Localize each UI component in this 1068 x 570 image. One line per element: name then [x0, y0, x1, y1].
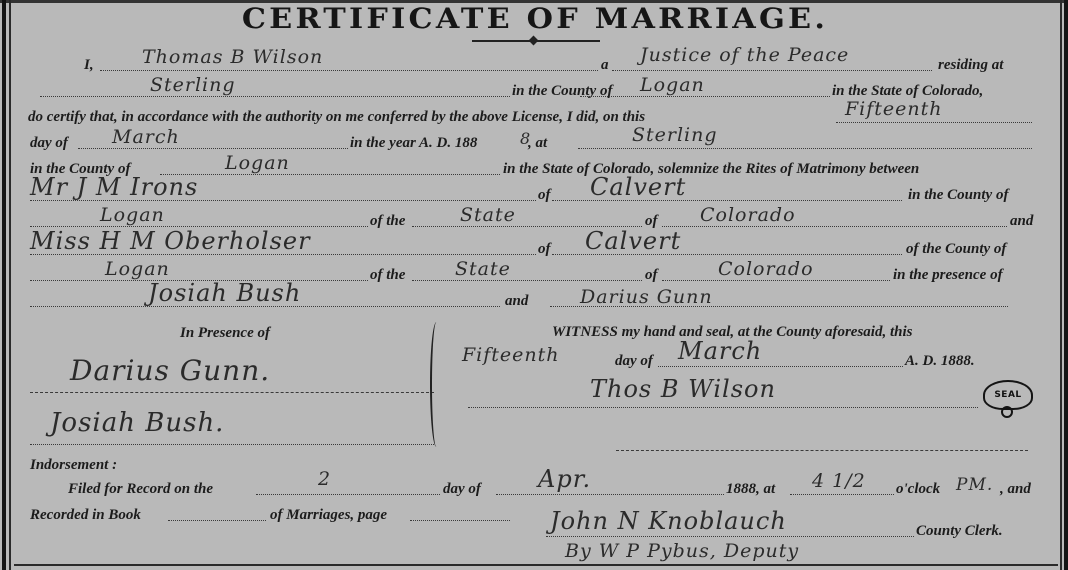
groom-state-line: [662, 226, 1007, 227]
label-at: , at: [528, 134, 547, 152]
label-county-of: in the County of: [512, 82, 612, 100]
clerk-title: County Clerk.: [916, 522, 1003, 540]
presence-line-2: [30, 444, 434, 445]
bride-name: Miss H M Oberholser: [30, 230, 311, 252]
presence-line-1: [30, 392, 434, 393]
witness-day: Fifteenth: [462, 344, 560, 366]
title-ornament-icon: [529, 36, 539, 46]
filed-month-line: [496, 494, 724, 495]
right-border-inner: [1060, 0, 1062, 570]
groom-county: Logan: [100, 204, 165, 226]
extra-signature-line: [616, 450, 1028, 451]
bride-town: Calvert: [585, 230, 681, 252]
groom-name: Mr J M Irons: [30, 176, 198, 198]
groom-town: Calvert: [590, 176, 686, 198]
label-and: and: [1010, 212, 1033, 230]
label-of-3: of: [538, 240, 551, 258]
officiant-signature-line: [468, 407, 978, 408]
marriage-certificate: CERTIFICATE OF MARRIAGE. I, Thomas B Wil…: [0, 0, 1068, 570]
place-line: [578, 148, 1032, 149]
label-of-the-2: of the: [370, 266, 405, 284]
residence: Sterling: [150, 74, 236, 96]
groom-state-word: State: [460, 204, 516, 226]
label-year: in the year A. D. 188: [350, 134, 477, 152]
filed-day: 2: [318, 468, 331, 490]
label-i: I,: [84, 56, 94, 74]
witness2-name: Darius Gunn: [580, 286, 713, 308]
witness-ad-year: A. D. 1888.: [905, 352, 975, 370]
bride-state-line: [662, 280, 890, 281]
label-and-2: and: [505, 292, 528, 310]
solemnize-text: in the State of Colorado, solemnize the …: [503, 160, 919, 178]
day-line: [836, 122, 1032, 123]
ceremony-month: March: [112, 126, 180, 148]
filed-ampm: PM.: [956, 474, 993, 496]
bride-state-word-line: [412, 280, 642, 281]
witness1-name: Josiah Bush: [148, 282, 301, 304]
county-2: Logan: [225, 152, 290, 174]
presence-witness-1: Darius Gunn.: [70, 360, 270, 382]
witness-month: March: [678, 340, 762, 362]
certificate-title: CERTIFICATE OF MARRIAGE.: [173, 2, 897, 35]
label-day-of-2: day of: [615, 352, 653, 370]
left-border-inner: [9, 0, 11, 570]
seal-ribbon-icon: [1001, 406, 1013, 418]
label-of-4: of: [645, 266, 658, 284]
presence-witness-2: Josiah Bush.: [50, 412, 224, 434]
clerk-signature: John N Knoblauch: [550, 510, 787, 532]
brace-divider: [430, 322, 446, 447]
title-line: [612, 70, 932, 71]
filed-label: Filed for Record on the: [68, 480, 213, 498]
left-border-outer: [2, 0, 6, 570]
bride-county: Logan: [105, 258, 170, 280]
marriages-page-label: of Marriages, page: [270, 506, 387, 524]
certify-text: do certify that, in accordance with the …: [28, 108, 645, 126]
filed-day-line: [256, 494, 440, 495]
filed-month: Apr.: [538, 468, 591, 490]
recorded-label: Recorded in Book: [30, 506, 141, 524]
clerk-signature-line: [546, 536, 914, 537]
right-border-outer: [1064, 0, 1068, 570]
groom-state: Colorado: [700, 204, 796, 226]
label-residing-at: residing at: [938, 56, 1003, 74]
bottom-rule: [14, 564, 1058, 566]
officiant-name: Thomas B Wilson: [142, 46, 323, 68]
ceremony-place: Sterling: [632, 124, 718, 146]
officiant-line: [100, 70, 598, 71]
page-line: [410, 520, 510, 521]
label-in-presence-of: in the presence of: [893, 266, 1003, 284]
label-a: a: [601, 56, 609, 74]
county-1: Logan: [640, 74, 705, 96]
filed-time: 4 1/2: [812, 470, 866, 492]
label-in-county-of: in the County of: [908, 186, 1008, 204]
officiant-title: Justice of the Peace: [640, 44, 849, 66]
ceremony-day: Fifteenth: [845, 98, 943, 120]
label-of-the: of the: [370, 212, 405, 230]
bride-state-word: State: [455, 258, 511, 280]
in-presence-heading: In Presence of: [180, 324, 270, 342]
deputy-signature: By W P Pybus, Deputy: [565, 540, 799, 562]
filed-year: 1888, at: [726, 480, 775, 498]
month-line: [78, 148, 348, 149]
residence-line: [40, 96, 510, 97]
county-line-2: [160, 174, 500, 175]
label-of: of: [538, 186, 551, 204]
county-line: [580, 96, 830, 97]
filed-time-line: [790, 494, 894, 495]
label-oclock: o'clock: [896, 480, 940, 498]
label-day-of: day of: [30, 134, 68, 152]
label-of-county-of: of the County of: [906, 240, 1006, 258]
officiant-signature: Thos B Wilson: [590, 378, 776, 400]
bride-state: Colorado: [718, 258, 814, 280]
label-and-3: , and: [1000, 480, 1031, 498]
label-day-of-3: day of: [443, 480, 481, 498]
book-line: [168, 520, 266, 521]
indorsement-heading: Indorsement :: [30, 456, 117, 474]
witness-month-line: [658, 366, 903, 367]
